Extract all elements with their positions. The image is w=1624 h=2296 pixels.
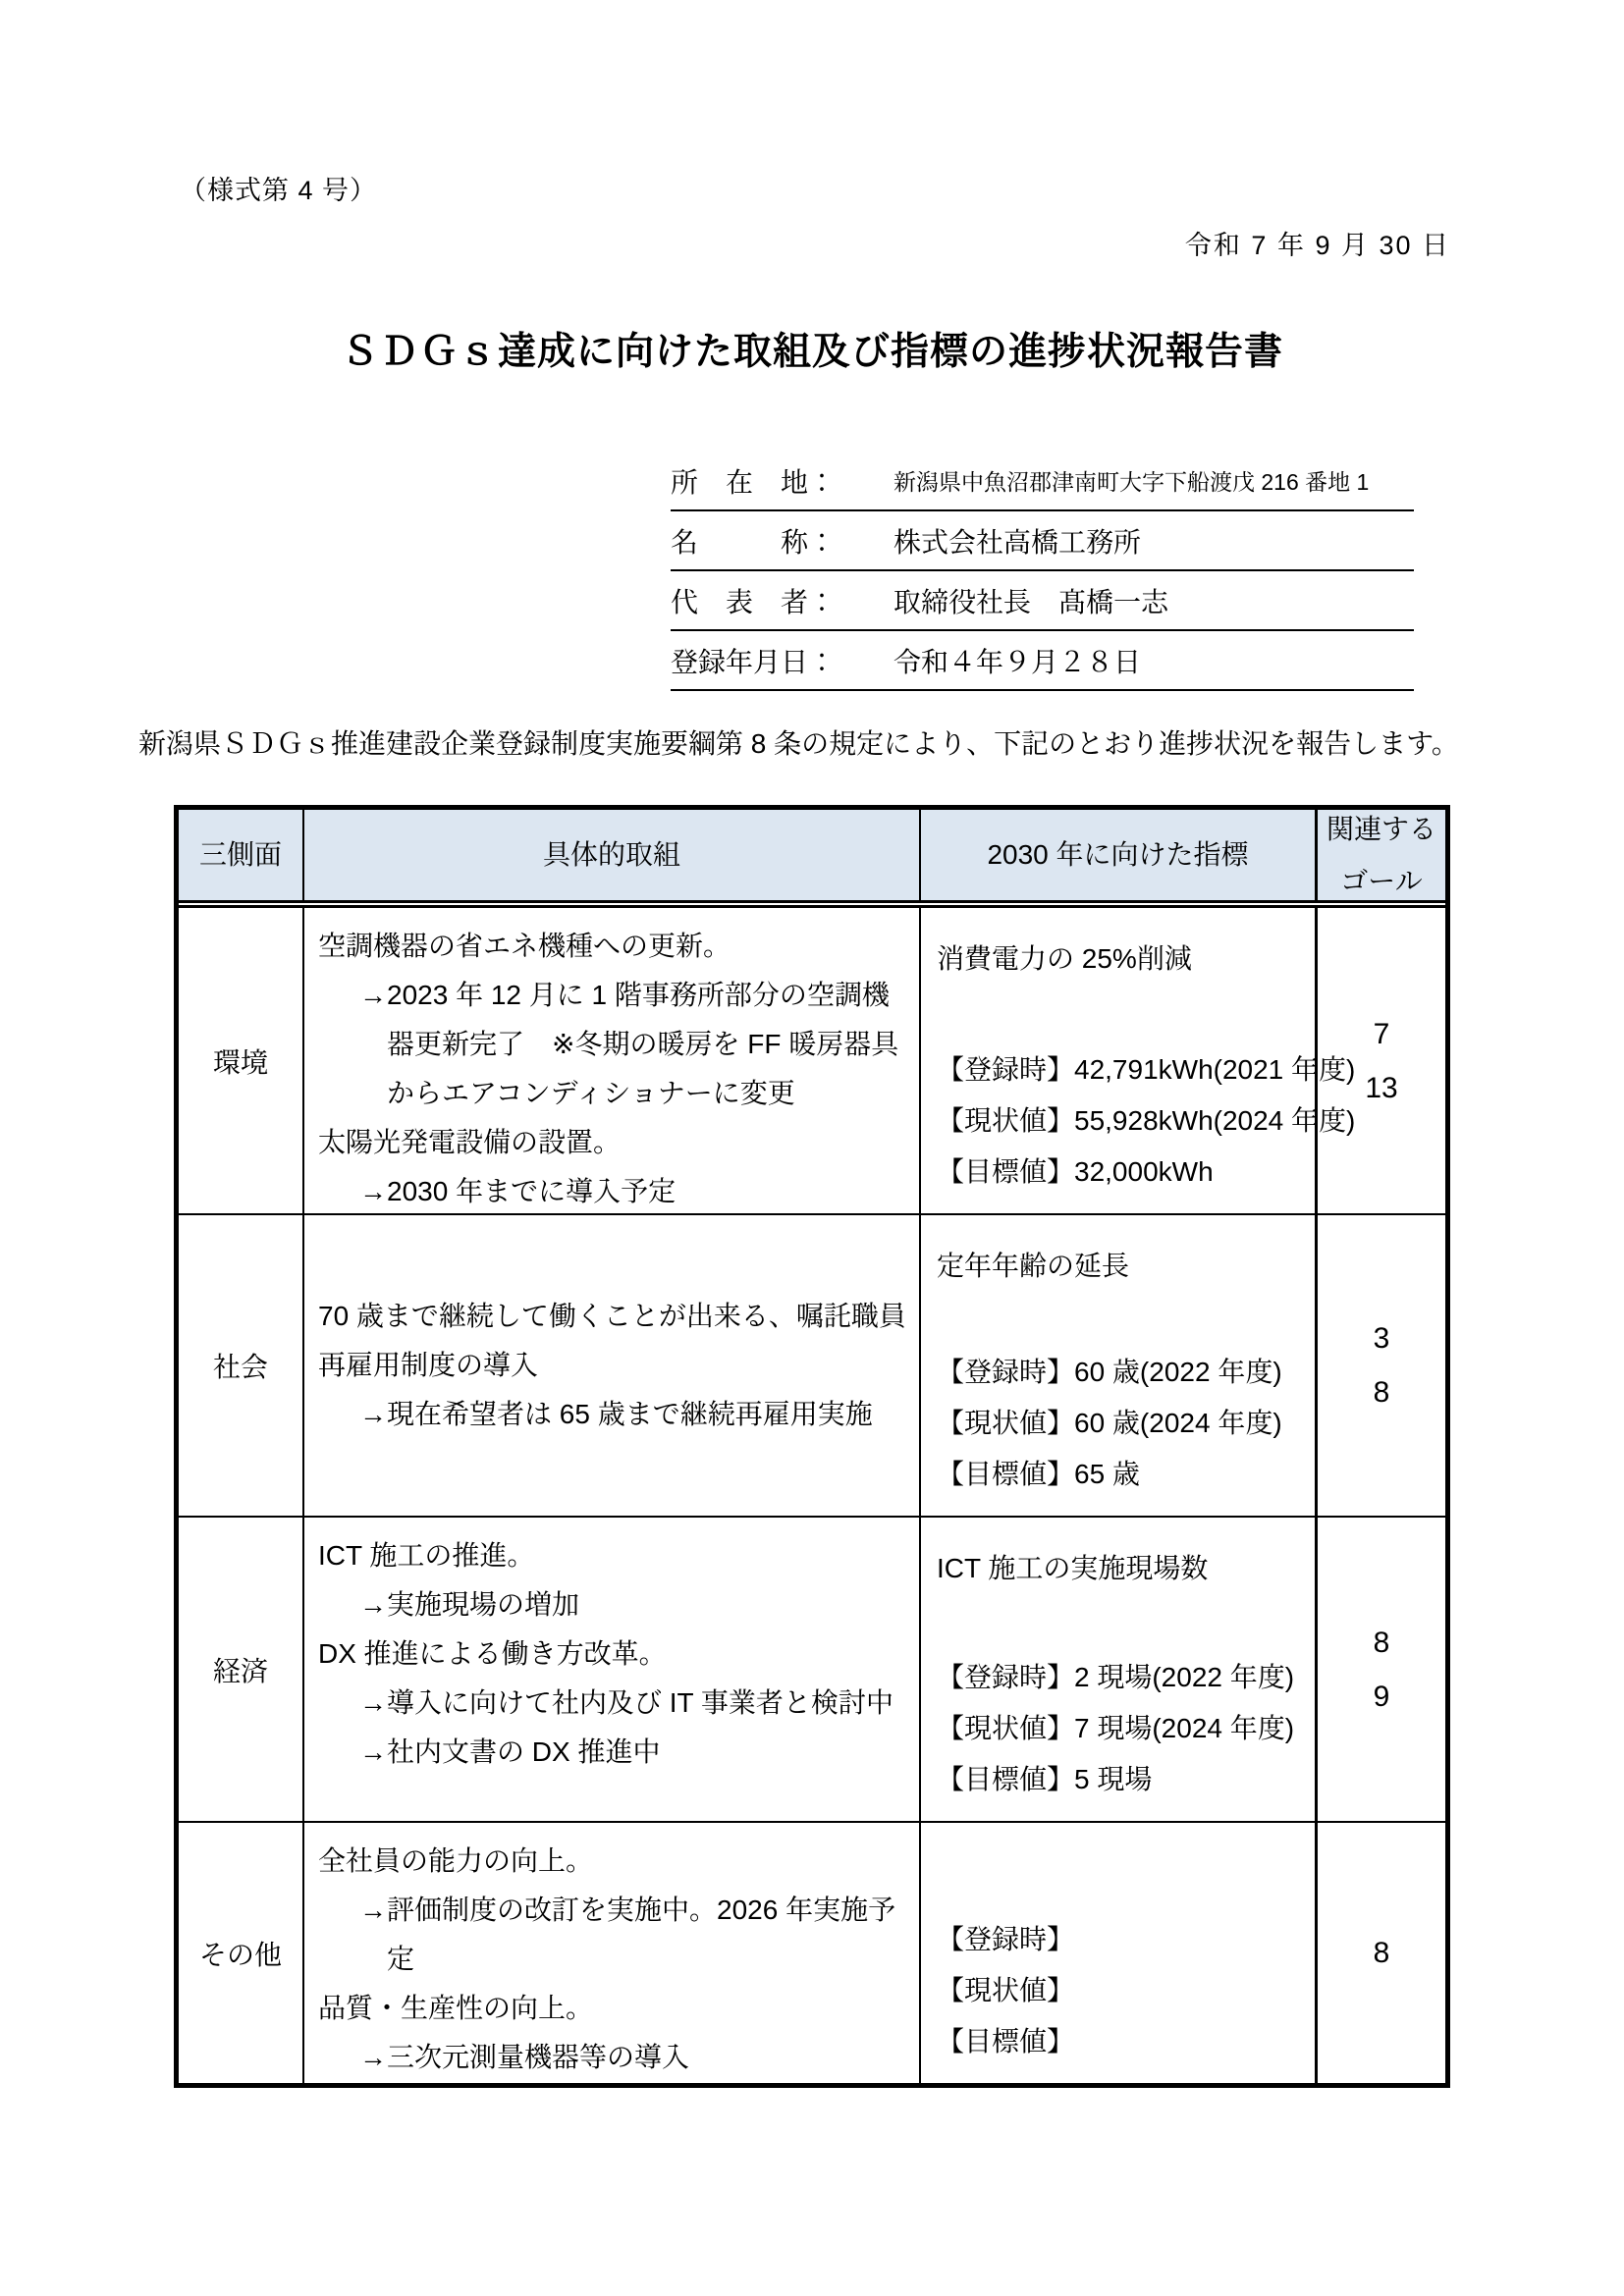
page-title: ＳＤＧｓ達成に向けた取組及び指標の進捗状況報告書 xyxy=(0,321,1624,376)
initiative-paragraph: 全社員の能力の向上。 xyxy=(318,1837,911,1886)
indicator-value: 【目標値】5 現場 xyxy=(937,1754,1307,1805)
indicator-values: 【登録時】【現状値】【目標値】 xyxy=(937,1914,1307,2067)
indicator-values: 【登録時】42,791kWh(2021 年度)【現状値】55,928kWh(20… xyxy=(937,1044,1307,1198)
goals-cell: 713 xyxy=(1318,908,1445,1213)
indicator-value: 【目標値】65 歳 xyxy=(937,1449,1307,1500)
header-related-goals-line2: ゴール xyxy=(1340,855,1422,907)
aspect-label: 環境 xyxy=(213,1041,268,1081)
table-row: 経済ICT 施工の推進。→実施現場の増加DX 推進による働き方改革。→導入に向け… xyxy=(179,1518,1445,1823)
intro-paragraph: 新潟県ＳＤＧｓ推進建設企業登録制度実施要綱第 8 条の規定により、下記のとおり進… xyxy=(138,722,1513,762)
report-table: 三側面 具体的取組 2030 年に向けた指標 関連する ゴール 環境空調機器の省… xyxy=(174,805,1450,2088)
indicator-value: 【登録時】 xyxy=(937,1914,1307,1965)
initiative-paragraph: 太陽光発電設備の設置。 xyxy=(318,1118,911,1167)
indicator-value: 【現状値】 xyxy=(937,1965,1307,2016)
table-row: 社会70 歳まで継続して働くことが出来る、嘱託職員再雇用制度の導入→現在希望者は… xyxy=(179,1215,1445,1518)
goal-number: 8 xyxy=(1374,1616,1390,1670)
indicator-value: 【登録時】42,791kWh(2021 年度) xyxy=(937,1044,1307,1095)
indicators-cell: 【登録時】【現状値】【目標値】 xyxy=(921,1823,1318,2083)
goal-number: 8 xyxy=(1374,1365,1390,1419)
info-label-registration-date: 登録年月日： xyxy=(671,641,893,680)
form-number-label: （様式第 4 号） xyxy=(180,169,377,207)
initiative-paragraph: →社内文書の DX 推進中 xyxy=(318,1728,911,1777)
indicator-value: 【現状値】7 現場(2024 年度) xyxy=(937,1703,1307,1754)
info-value-registration-date: 令和４年９月２８日 xyxy=(893,641,1141,680)
info-row-address: 所 在 地： 新潟県中魚沼郡津南町大字下船渡戊 216 番地 1 xyxy=(671,452,1414,511)
goal-number: 9 xyxy=(1374,1670,1390,1724)
aspect-label: 経済 xyxy=(213,1650,268,1689)
report-page: （様式第 4 号） 令和 7 年 9 月 30 日 ＳＤＧｓ達成に向けた取組及び… xyxy=(0,0,1624,2296)
indicators-cell: ICT 施工の実施現場数【登録時】2 現場(2022 年度)【現状値】7 現場(… xyxy=(921,1518,1318,1821)
table-row: 環境空調機器の省エネ機種への更新。→2023 年 12 月に 1 階事務所部分の… xyxy=(179,908,1445,1215)
info-label-name: 名 称： xyxy=(671,521,893,561)
header-indicators-label: 2030 年に向けた指標 xyxy=(987,828,1248,881)
goals-cell: 89 xyxy=(1318,1518,1445,1821)
goal-number: 7 xyxy=(1374,1007,1390,1061)
aspect-cell: 経済 xyxy=(179,1518,304,1821)
info-row-registration-date: 登録年月日： 令和４年９月２８日 xyxy=(671,631,1414,691)
goals-cell: 38 xyxy=(1318,1215,1445,1516)
indicator-value: 【目標値】 xyxy=(937,2016,1307,2067)
indicator-value: 【登録時】2 現場(2022 年度) xyxy=(937,1652,1307,1703)
header-initiatives-label: 具体的取組 xyxy=(543,828,680,881)
aspect-label: 社会 xyxy=(213,1346,268,1385)
header-cell-aspect: 三側面 xyxy=(179,810,304,900)
indicator-value: 【目標値】32,000kWh xyxy=(937,1147,1307,1198)
aspect-cell: 社会 xyxy=(179,1215,304,1516)
indicator-value: 【現状値】55,928kWh(2024 年度) xyxy=(937,1095,1307,1147)
initiatives-cell: 空調機器の省エネ機種への更新。→2023 年 12 月に 1 階事務所部分の空調… xyxy=(304,908,921,1213)
info-value-representative: 取締役社長 髙橋一志 xyxy=(893,581,1168,620)
initiative-paragraph: →2023 年 12 月に 1 階事務所部分の空調機器更新完了 ※冬期の暖房を … xyxy=(318,971,911,1118)
indicator-title: 定年年齢の延長 xyxy=(937,1241,1307,1292)
goal-number: 3 xyxy=(1374,1311,1390,1365)
initiative-paragraph: 70 歳まで継続して働くことが出来る、嘱託職員再雇用制度の導入 xyxy=(318,1292,911,1390)
report-date: 令和 7 年 9 月 30 日 xyxy=(1185,224,1450,262)
aspect-cell: その他 xyxy=(179,1823,304,2083)
initiative-paragraph: →導入に向けて社内及び IT 事業者と検討中 xyxy=(318,1679,911,1728)
info-value-address: 新潟県中魚沼郡津南町大字下船渡戊 216 番地 1 xyxy=(893,464,1369,497)
indicator-values: 【登録時】2 現場(2022 年度)【現状値】7 現場(2024 年度)【目標値… xyxy=(937,1652,1307,1805)
goal-number: 8 xyxy=(1374,1926,1390,1980)
indicators-cell: 消費電力の 25%削減【登録時】42,791kWh(2021 年度)【現状値】5… xyxy=(921,908,1318,1213)
info-value-name: 株式会社高橋工務所 xyxy=(893,521,1141,561)
indicator-title: ICT 施工の実施現場数 xyxy=(937,1543,1307,1594)
header-cell-related-goals: 関連する ゴール xyxy=(1318,810,1445,900)
initiatives-cell: ICT 施工の推進。→実施現場の増加DX 推進による働き方改革。→導入に向けて社… xyxy=(304,1518,921,1821)
header-cell-initiatives: 具体的取組 xyxy=(304,810,921,900)
initiatives-cell: 全社員の能力の向上。→評価制度の改訂を実施中。2026 年実施予定品質・生産性の… xyxy=(304,1823,921,2083)
initiative-paragraph: →現在希望者は 65 歳まで継続再雇用実施 xyxy=(318,1390,911,1439)
initiatives-cell: 70 歳まで継続して働くことが出来る、嘱託職員再雇用制度の導入→現在希望者は 6… xyxy=(304,1215,921,1516)
info-label-representative: 代 表 者： xyxy=(671,581,893,620)
info-row-name: 名 称： 株式会社高橋工務所 xyxy=(671,511,1414,571)
header-aspect-label: 三側面 xyxy=(199,828,282,881)
initiative-paragraph: →実施現場の増加 xyxy=(318,1580,911,1629)
aspect-label: その他 xyxy=(199,1934,282,1973)
initiative-paragraph: 品質・生産性の向上。 xyxy=(318,1984,911,2033)
table-row: その他全社員の能力の向上。→評価制度の改訂を実施中。2026 年実施予定品質・生… xyxy=(179,1823,1445,2083)
header-cell-indicators: 2030 年に向けた指標 xyxy=(921,810,1318,900)
goals-cell: 8 xyxy=(1318,1823,1445,2083)
initiative-paragraph: →評価制度の改訂を実施中。2026 年実施予定 xyxy=(318,1886,911,1984)
indicators-cell: 定年年齢の延長【登録時】60 歳(2022 年度)【現状値】60 歳(2024 … xyxy=(921,1215,1318,1516)
initiative-paragraph: →2030 年までに導入予定 xyxy=(318,1167,911,1216)
initiative-paragraph: 空調機器の省エネ機種への更新。 xyxy=(318,922,911,971)
info-row-representative: 代 表 者： 取締役社長 髙橋一志 xyxy=(671,571,1414,631)
table-header-row: 三側面 具体的取組 2030 年に向けた指標 関連する ゴール xyxy=(179,810,1445,908)
header-related-goals-line1: 関連する xyxy=(1326,803,1436,855)
initiative-paragraph: →三次元測量機器等の導入 xyxy=(318,2033,911,2082)
initiative-paragraph: ICT 施工の推進。 xyxy=(318,1531,911,1580)
indicator-values: 【登録時】60 歳(2022 年度)【現状値】60 歳(2024 年度)【目標値… xyxy=(937,1347,1307,1500)
goal-number: 13 xyxy=(1365,1061,1397,1115)
info-label-address: 所 在 地： xyxy=(671,461,893,501)
initiative-paragraph: DX 推進による働き方改革。 xyxy=(318,1629,911,1679)
aspect-cell: 環境 xyxy=(179,908,304,1213)
indicator-value: 【現状値】60 歳(2024 年度) xyxy=(937,1398,1307,1449)
indicator-title: 消費電力の 25%削減 xyxy=(937,934,1307,985)
indicator-value: 【登録時】60 歳(2022 年度) xyxy=(937,1347,1307,1398)
company-info-table: 所 在 地： 新潟県中魚沼郡津南町大字下船渡戊 216 番地 1 名 称： 株式… xyxy=(671,452,1414,691)
